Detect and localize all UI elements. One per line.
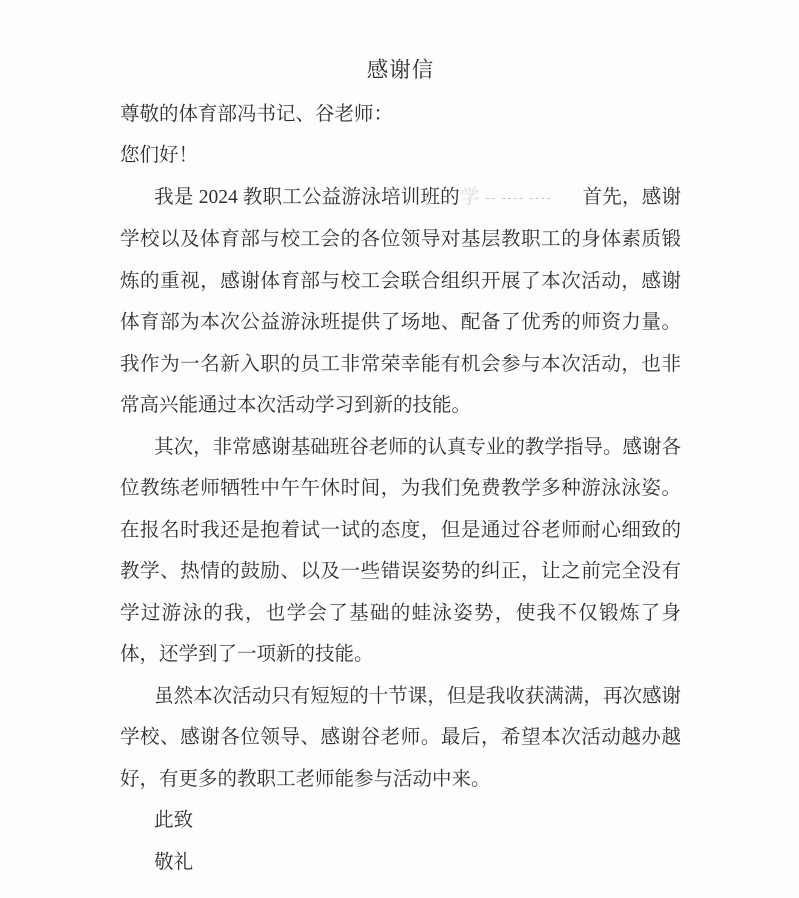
paragraph-3: 虽然本次活动只有短短的十节课，但是我收获满满，再次感谢学校、感谢各位领导、感谢谷…: [120, 676, 681, 801]
salutation-line: 尊敬的体育部冯书记、谷老师：: [120, 94, 681, 136]
paragraph-1: 我是 2024 教职工公益游泳培训班的学-- ---- ----首先，感谢学校以…: [120, 177, 681, 427]
paragraph-1-suffix: 首先，感谢学校以及体育部与校工会的各位领导对基层教职工的身体素质锻炼的重视，感谢…: [120, 187, 681, 417]
paragraph-1-prefix: 我是 2024 教职工公益游泳培训班的: [154, 187, 460, 208]
letter-title: 感谢信: [120, 50, 681, 92]
closing-jingli-line: 敬礼: [120, 842, 681, 884]
greeting-line: 您们好！: [120, 135, 681, 177]
redaction-dashes: -- ---- ----: [486, 192, 553, 204]
paragraph-2: 其次，非常感谢基础班谷老师的认真专业的教学指导。感谢各位教练老师牺牲中午午休时间…: [120, 427, 681, 676]
closing-cizhi-line: 此致: [120, 800, 681, 842]
letter-page: 感谢信 尊敬的体育部冯书记、谷老师： 您们好！ 我是 2024 教职工公益游泳培…: [0, 0, 799, 898]
redacted-name-fragment: 学: [460, 187, 480, 208]
